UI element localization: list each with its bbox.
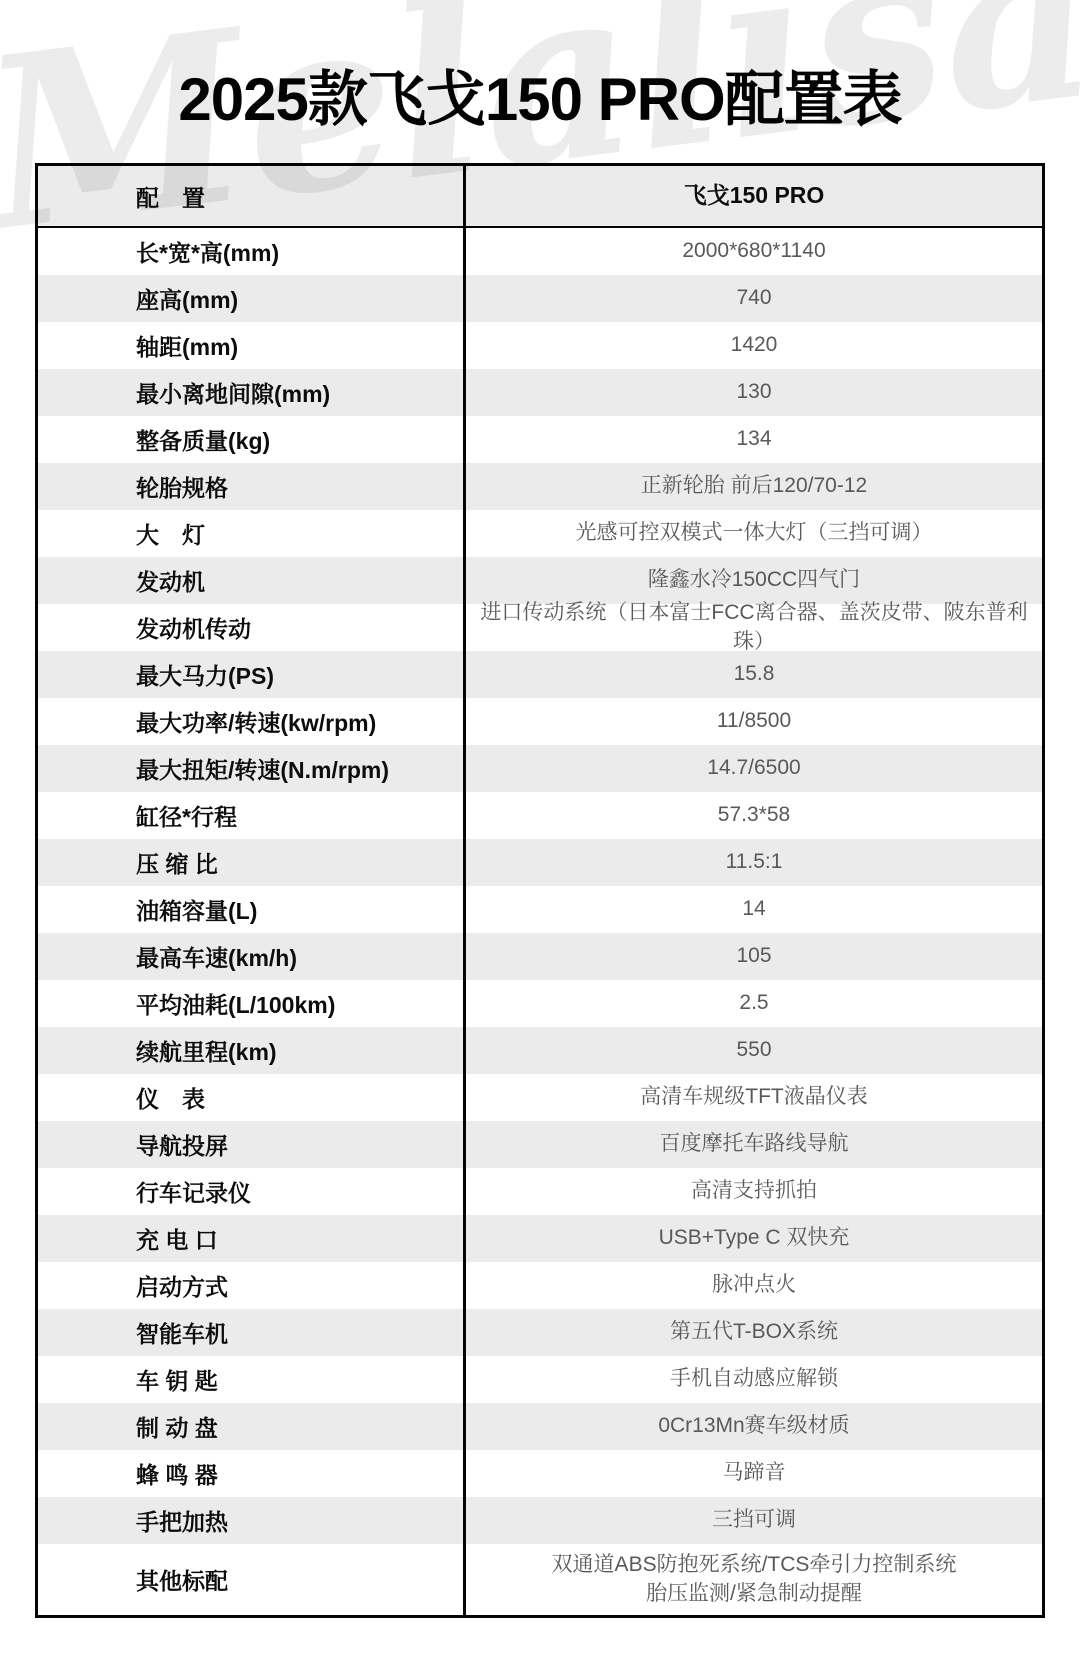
- spec-label-cell: 缸径*行程: [38, 792, 466, 839]
- spec-label-cell: 座高(mm): [38, 275, 466, 322]
- table-row: 蜂 鸣 器 马蹄音: [38, 1450, 1042, 1497]
- spec-value-cell: 百度摩托车路线导航: [466, 1121, 1042, 1168]
- spec-label-cell: 大 灯: [38, 510, 466, 557]
- table-row: 最大功率/转速(kw/rpm) 11/8500: [38, 698, 1042, 745]
- header-model-name: 飞戈150 PRO: [466, 166, 1042, 226]
- spec-value-cell: 双通道ABS防抱死系统/TCS牵引力控制系统 胎压监测/紧急制动提醒: [466, 1544, 1042, 1615]
- spec-label-cell: 最大扭矩/转速(N.m/rpm): [38, 745, 466, 792]
- header-config-label: 配 置: [38, 166, 466, 226]
- spec-label-cell: 最大功率/转速(kw/rpm): [38, 698, 466, 745]
- table-row: 最小离地间隙(mm) 130: [38, 369, 1042, 416]
- page-title: 2025款飞戈150 PRO配置表: [0, 52, 1080, 138]
- spec-label-cell: 仪 表: [38, 1074, 466, 1121]
- spec-value-cell: 马蹄音: [466, 1450, 1042, 1497]
- spec-table-body: 长*宽*高(mm) 2000*680*1140 座高(mm) 740 轴距(mm…: [38, 228, 1042, 1615]
- spec-value-cell: 15.8: [466, 651, 1042, 698]
- spec-label-cell: 最高车速(km/h): [38, 933, 466, 980]
- spec-value-cell: 脉冲点火: [466, 1262, 1042, 1309]
- spec-label-cell: 智能车机: [38, 1309, 466, 1356]
- spec-value-cell: 1420: [466, 322, 1042, 369]
- spec-value-cell: 隆鑫水冷150CC四气门: [466, 557, 1042, 604]
- spec-label-cell: 手把加热: [38, 1497, 466, 1544]
- table-row: 导航投屏 百度摩托车路线导航: [38, 1121, 1042, 1168]
- spec-value-cell: 14.7/6500: [466, 745, 1042, 792]
- table-row: 座高(mm) 740: [38, 275, 1042, 322]
- spec-value-cell: 2000*680*1140: [466, 228, 1042, 275]
- spec-value-cell: 三挡可调: [466, 1497, 1042, 1544]
- spec-label-cell: 充 电 口: [38, 1215, 466, 1262]
- spec-label-cell: 轮胎规格: [38, 463, 466, 510]
- spec-value-cell: 第五代T-BOX系统: [466, 1309, 1042, 1356]
- spec-label-cell: 最小离地间隙(mm): [38, 369, 466, 416]
- spec-value-cell: 进口传动系统（日本富士FCC离合器、盖茨皮带、陂东普利珠）: [466, 604, 1042, 651]
- table-row: 发动机传动 进口传动系统（日本富士FCC离合器、盖茨皮带、陂东普利珠）: [38, 604, 1042, 651]
- spec-label-cell: 油箱容量(L): [38, 886, 466, 933]
- spec-label-cell: 导航投屏: [38, 1121, 466, 1168]
- table-row: 最大扭矩/转速(N.m/rpm) 14.7/6500: [38, 745, 1042, 792]
- spec-value-cell: 740: [466, 275, 1042, 322]
- table-row: 最高车速(km/h) 105: [38, 933, 1042, 980]
- spec-sheet-page: 2025款飞戈150 PRO配置表 配 置 飞戈150 PRO 长*宽*高(mm…: [0, 0, 1080, 1654]
- table-row: 手把加热 三挡可调: [38, 1497, 1042, 1544]
- spec-value-cell: 11/8500: [466, 698, 1042, 745]
- spec-label-cell: 轴距(mm): [38, 322, 466, 369]
- spec-value-cell: 0Cr13Mn赛车级材质: [466, 1403, 1042, 1450]
- table-row: 大 灯 光感可控双模式一体大灯（三挡可调）: [38, 510, 1042, 557]
- table-row: 仪 表 高清车规级TFT液晶仪表: [38, 1074, 1042, 1121]
- table-row: 续航里程(km) 550: [38, 1027, 1042, 1074]
- spec-label-cell: 压 缩 比: [38, 839, 466, 886]
- table-row: 制 动 盘 0Cr13Mn赛车级材质: [38, 1403, 1042, 1450]
- spec-label-cell: 平均油耗(L/100km): [38, 980, 466, 1027]
- spec-value-cell: 14: [466, 886, 1042, 933]
- table-row: 其他标配 双通道ABS防抱死系统/TCS牵引力控制系统 胎压监测/紧急制动提醒: [38, 1544, 1042, 1615]
- table-row: 整备质量(kg) 134: [38, 416, 1042, 463]
- spec-label-cell: 长*宽*高(mm): [38, 228, 466, 275]
- spec-value-cell: 134: [466, 416, 1042, 463]
- spec-label-cell: 续航里程(km): [38, 1027, 466, 1074]
- spec-label-cell: 车 钥 匙: [38, 1356, 466, 1403]
- spec-value-cell: 高清支持抓拍: [466, 1168, 1042, 1215]
- spec-label-cell: 行车记录仪: [38, 1168, 466, 1215]
- table-header-row: 配 置 飞戈150 PRO: [38, 166, 1042, 228]
- spec-label-cell: 发动机传动: [38, 604, 466, 651]
- table-row: 缸径*行程 57.3*58: [38, 792, 1042, 839]
- spec-value-cell: 光感可控双模式一体大灯（三挡可调）: [466, 510, 1042, 557]
- spec-label-cell: 制 动 盘: [38, 1403, 466, 1450]
- table-row: 油箱容量(L) 14: [38, 886, 1042, 933]
- spec-value-cell: 105: [466, 933, 1042, 980]
- spec-value-cell: 正新轮胎 前后120/70-12: [466, 463, 1042, 510]
- table-row: 轴距(mm) 1420: [38, 322, 1042, 369]
- spec-label-cell: 发动机: [38, 557, 466, 604]
- table-row: 充 电 口 USB+Type C 双快充: [38, 1215, 1042, 1262]
- spec-value-cell: 手机自动感应解锁: [466, 1356, 1042, 1403]
- table-row: 智能车机 第五代T-BOX系统: [38, 1309, 1042, 1356]
- spec-label-cell: 其他标配: [38, 1544, 466, 1615]
- spec-value-cell: 2.5: [466, 980, 1042, 1027]
- spec-value-cell: 130: [466, 369, 1042, 416]
- table-row: 行车记录仪 高清支持抓拍: [38, 1168, 1042, 1215]
- table-row: 轮胎规格 正新轮胎 前后120/70-12: [38, 463, 1042, 510]
- spec-label-cell: 启动方式: [38, 1262, 466, 1309]
- spec-value-cell: 550: [466, 1027, 1042, 1074]
- spec-label-cell: 最大马力(PS): [38, 651, 466, 698]
- table-row: 压 缩 比 11.5:1: [38, 839, 1042, 886]
- spec-value-cell: 11.5:1: [466, 839, 1042, 886]
- table-row: 最大马力(PS) 15.8: [38, 651, 1042, 698]
- table-row: 启动方式 脉冲点火: [38, 1262, 1042, 1309]
- table-row: 平均油耗(L/100km) 2.5: [38, 980, 1042, 1027]
- table-row: 长*宽*高(mm) 2000*680*1140: [38, 228, 1042, 275]
- table-row: 车 钥 匙 手机自动感应解锁: [38, 1356, 1042, 1403]
- spec-value-cell: 57.3*58: [466, 792, 1042, 839]
- spec-value-cell: 高清车规级TFT液晶仪表: [466, 1074, 1042, 1121]
- spec-value-cell: USB+Type C 双快充: [466, 1215, 1042, 1262]
- spec-table: 配 置 飞戈150 PRO 长*宽*高(mm) 2000*680*1140 座高…: [35, 163, 1045, 1618]
- spec-label-cell: 蜂 鸣 器: [38, 1450, 466, 1497]
- table-row: 发动机 隆鑫水冷150CC四气门: [38, 557, 1042, 604]
- spec-label-cell: 整备质量(kg): [38, 416, 466, 463]
